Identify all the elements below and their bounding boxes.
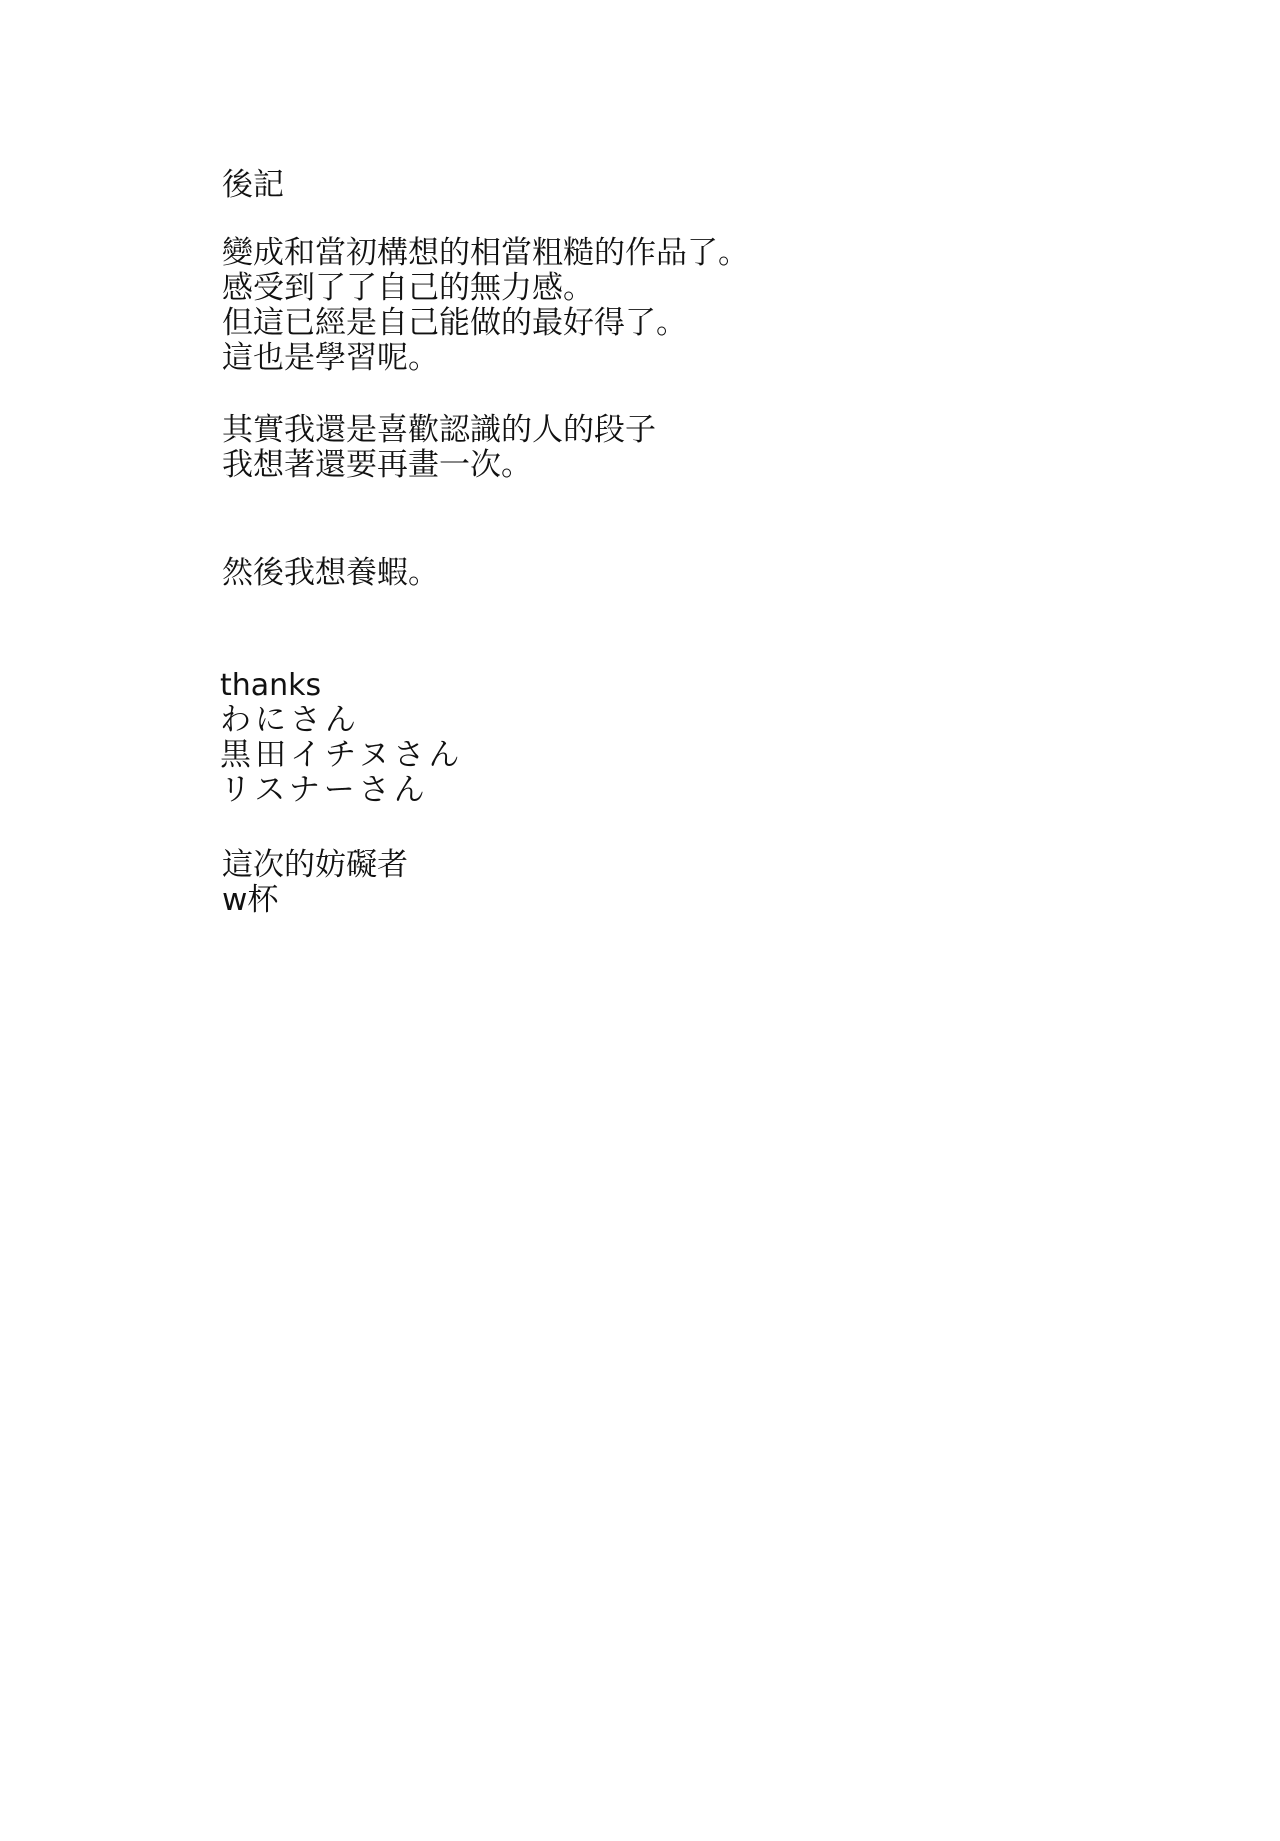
paragraph-2: 其實我還是喜歡認識的人的段子 我想著還要再畫一次。 [222, 413, 656, 483]
credits-section: 這次的妨礙者 w杯 [222, 848, 408, 918]
afterword-page: 後記 變成和當初構想的相當粗糙的作品了。 感受到了了自己的無力感。 但這已經是自… [0, 0, 1280, 1841]
thanks-name: リスナーさん [220, 773, 463, 808]
thanks-heading: thanks [220, 668, 463, 703]
afterword-title: 後記 [222, 168, 284, 203]
paragraph-line: 感受到了了自己的無力感。 [222, 271, 749, 306]
thanks-name: 黒田イチヌさん [220, 738, 463, 773]
thanks-name: わにさん [220, 703, 463, 738]
paragraph-line: 然後我想養蝦。 [222, 556, 439, 591]
credits-label: 這次的妨礙者 [222, 848, 408, 883]
paragraph-line: 但這已經是自己能做的最好得了。 [222, 306, 749, 341]
paragraph-line: 其實我還是喜歡認識的人的段子 [222, 413, 656, 448]
afterword-title-block: 後記 [222, 168, 284, 203]
thanks-section: thanks わにさん 黒田イチヌさん リスナーさん [220, 668, 463, 808]
paragraph-line: 我想著還要再畫一次。 [222, 448, 656, 483]
credits-name: w杯 [222, 883, 408, 918]
paragraph-3: 然後我想養蝦。 [222, 556, 439, 591]
paragraph-line: 這也是學習呢。 [222, 341, 749, 376]
paragraph-1: 變成和當初構想的相當粗糙的作品了。 感受到了了自己的無力感。 但這已經是自己能做… [222, 236, 749, 376]
paragraph-line: 變成和當初構想的相當粗糙的作品了。 [222, 236, 749, 271]
